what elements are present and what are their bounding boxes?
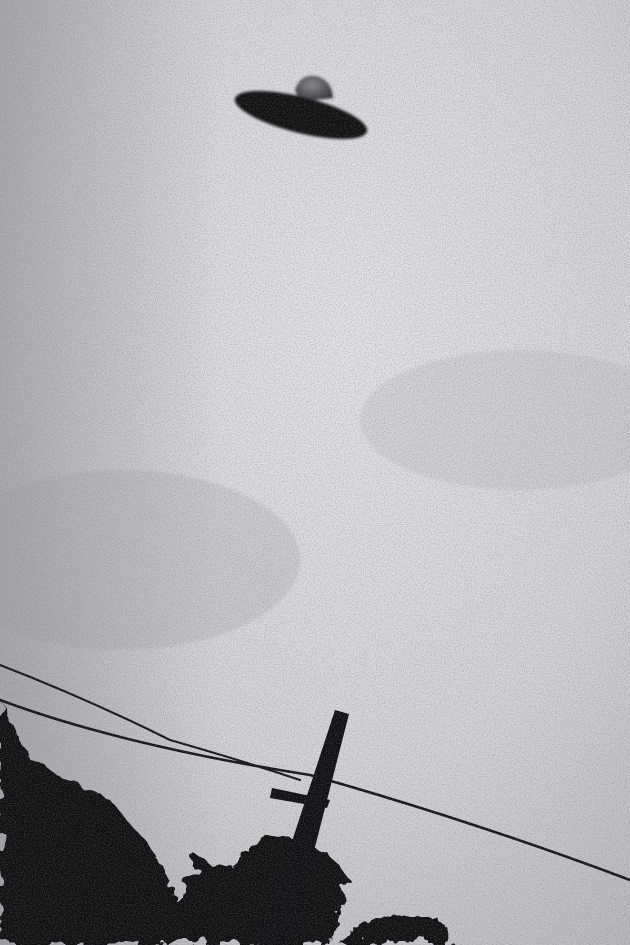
ufo-photograph — [0, 0, 630, 945]
film-grain — [0, 0, 630, 945]
